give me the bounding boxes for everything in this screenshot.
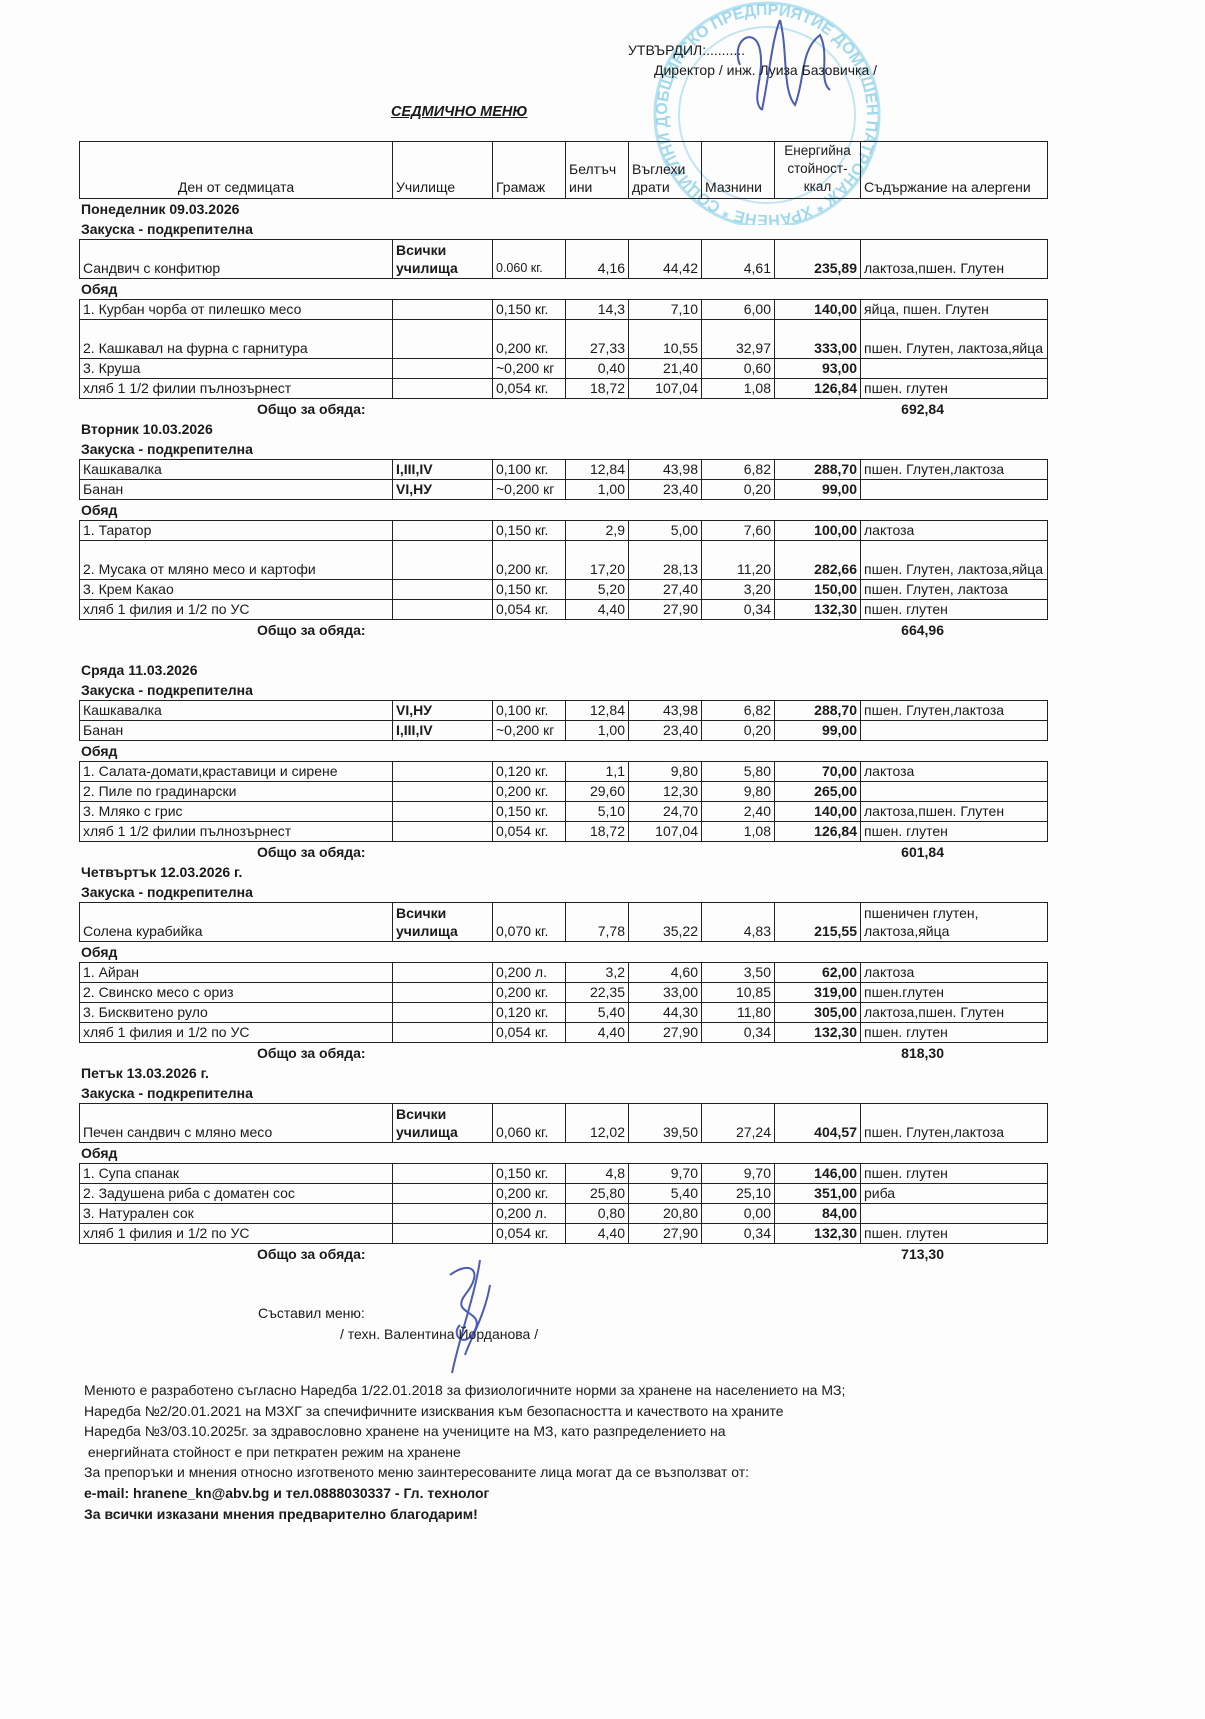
cell-carbs: 44,30: [629, 1003, 702, 1022]
cell-fat: 7,60: [702, 521, 775, 540]
cell-kcal: 404,57: [775, 1104, 861, 1142]
cell-carbs: 35,22: [629, 903, 702, 941]
cell-school: [393, 1224, 493, 1243]
cell-carbs: 44,42: [629, 240, 702, 278]
cell-fat: 0,34: [702, 1224, 775, 1243]
cell-weight: 0,100 кг.: [493, 460, 566, 479]
cell-protein: 1,1: [566, 762, 629, 781]
total-label: Общо за обяда:: [257, 1043, 366, 1063]
cell-name: хляб 1 1/2 филии пълнозърнест: [80, 822, 393, 841]
cell-allergens: пшен. глутен: [861, 822, 1049, 841]
cell-protein: 12,84: [566, 460, 629, 479]
approval-block: УТВЪРДИЛ:.......... Директор / инж. Луиз…: [628, 40, 877, 80]
day-heading: Четвъртък 12.03.2026 г.: [79, 862, 1048, 882]
cell-allergens: лактоза,пшен. Глутен: [861, 1003, 1049, 1022]
cell-name: хляб 1 1/2 филии пълнозърнест: [80, 379, 393, 398]
cell-allergens: лактоза: [861, 762, 1049, 781]
notes-block: Менюто е разработено съгласно Наредба 1/…: [84, 1380, 845, 1524]
cell-name: 2. Кашкавал на фурна с гарнитура: [80, 320, 393, 358]
cell-protein: 1,00: [566, 721, 629, 740]
spacer: [79, 640, 1048, 660]
cell-kcal: 93,00: [775, 359, 861, 378]
cell-allergens: пшен.глутен: [861, 983, 1049, 1002]
note-line: Наредба №3/03.10.2025г. за здравословно …: [84, 1421, 845, 1442]
menu-document: ОБЩИНСКО ПРЕДПРИЯТИЕ ДОМАШЕН ПАТРОНАЖ * …: [0, 0, 1205, 1719]
total-value: 818,30: [808, 1043, 944, 1063]
cell-allergens: пшен. глутен: [861, 600, 1049, 619]
cell-weight: 0,054 кг.: [493, 1023, 566, 1042]
cell-weight: 0,150 кг.: [493, 521, 566, 540]
cell-fat: 10,85: [702, 983, 775, 1002]
cell-carbs: 9,80: [629, 762, 702, 781]
cell-name: 1. Таратор: [80, 521, 393, 540]
cell-allergens: пшен. Глутен,лактоза: [861, 701, 1049, 720]
cell-protein: 17,20: [566, 541, 629, 579]
cell-weight: 0,200 кг.: [493, 782, 566, 801]
cell-protein: 4,8: [566, 1164, 629, 1183]
cell-school: [393, 320, 493, 358]
cell-fat: 0,20: [702, 721, 775, 740]
table-row: 2. Пиле по градинарски0,200 кг.29,6012,3…: [80, 782, 1047, 802]
cell-carbs: 23,40: [629, 721, 702, 740]
cell-name: Кашкавалка: [80, 701, 393, 720]
cell-carbs: 20,80: [629, 1204, 702, 1223]
cell-school: [393, 1003, 493, 1022]
cell-name: 1. Салата-домати,краставици и сирене: [80, 762, 393, 781]
cell-carbs: 27,90: [629, 600, 702, 619]
breakfast-heading: Закуска - подкрепителна: [79, 439, 1048, 459]
cell-fat: 32,97: [702, 320, 775, 358]
cell-carbs: 43,98: [629, 460, 702, 479]
cell-weight: 0,120 кг.: [493, 762, 566, 781]
cell-fat: 6,82: [702, 460, 775, 479]
cell-carbs: 4,60: [629, 963, 702, 982]
table-row: Сандвич с конфитюрВсички училища0.060 кг…: [80, 240, 1047, 278]
cell-allergens: лактоза: [861, 521, 1049, 540]
cell-weight: 0,150 кг.: [493, 1164, 566, 1183]
cell-carbs: 23,40: [629, 480, 702, 499]
cell-weight: ~0,200 кг: [493, 359, 566, 378]
lunch-heading: Обяд: [79, 741, 1048, 761]
cell-school: I,III,IV: [393, 460, 493, 479]
table-row: хляб 1 филия и 1/2 по УС0,054 кг.4,4027,…: [80, 1224, 1047, 1243]
cell-fat: 4,83: [702, 903, 775, 941]
cell-fat: 0,60: [702, 359, 775, 378]
cell-kcal: 126,84: [775, 379, 861, 398]
lunch-table: 1. Айран0,200 л.3,24,603,5062,00лактоза2…: [79, 962, 1048, 1043]
lunch-table: 1. Курбан чорба от пилешко месо0,150 кг.…: [79, 299, 1048, 399]
cell-kcal: 126,84: [775, 822, 861, 841]
breakfast-table: Печен сандвич с мляно месоВсички училища…: [79, 1103, 1048, 1143]
table-row: 3. Мляко с грис0,150 кг.5,1024,702,40140…: [80, 802, 1047, 822]
table-row: Солена курабийкаВсички училища0,070 кг.7…: [80, 903, 1047, 941]
cell-fat: 5,80: [702, 762, 775, 781]
cell-name: 3. Круша: [80, 359, 393, 378]
cell-school: Всички училища: [393, 903, 493, 941]
cell-weight: 0,054 кг.: [493, 379, 566, 398]
column-header: Въглехи драти: [629, 142, 702, 198]
cell-carbs: 9,70: [629, 1164, 702, 1183]
cell-fat: 6,00: [702, 300, 775, 319]
cell-protein: 4,16: [566, 240, 629, 278]
breakfast-table: КашкавалкаI,III,IV0,100 кг.12,8443,986,8…: [79, 459, 1048, 500]
table-row: 2. Кашкавал на фурна с гарнитура0,200 кг…: [80, 320, 1047, 359]
cell-protein: 14,3: [566, 300, 629, 319]
table-row: хляб 1 1/2 филии пълнозърнест0,054 кг.18…: [80, 822, 1047, 841]
cell-protein: 27,33: [566, 320, 629, 358]
weekly-menu: Ден от седмицата Училище Грамаж Белтъч и…: [79, 141, 1048, 1264]
total-value: 664,96: [808, 620, 944, 640]
cell-weight: 0,150 кг.: [493, 580, 566, 599]
cell-fat: 4,61: [702, 240, 775, 278]
cell-allergens: пшен. Глутен,лактоза: [861, 460, 1049, 479]
cell-carbs: 7,10: [629, 300, 702, 319]
day-heading: Понеделник 09.03.2026: [79, 199, 1048, 219]
cell-kcal: 265,00: [775, 782, 861, 801]
column-header: Белтъч ини: [566, 142, 629, 198]
cell-protein: 18,72: [566, 822, 629, 841]
cell-name: Солена курабийка: [80, 903, 393, 941]
cell-school: [393, 1204, 493, 1223]
cell-fat: 1,08: [702, 822, 775, 841]
note-line: За препоръки и мнения относно изготвенот…: [84, 1462, 845, 1483]
cell-school: VI,НУ: [393, 701, 493, 720]
total-label: Общо за обяда:: [257, 1244, 366, 1264]
cell-carbs: 5,40: [629, 1184, 702, 1203]
cell-kcal: 99,00: [775, 721, 861, 740]
contact-line: e-mail: hranene_kn@abv.bg и тел.08880303…: [84, 1483, 845, 1504]
cell-name: Печен сандвич с мляно месо: [80, 1104, 393, 1142]
cell-weight: 0.060 кг.: [493, 240, 566, 278]
cell-carbs: 10,55: [629, 320, 702, 358]
days-container: Понеделник 09.03.2026Закуска - подкрепит…: [79, 199, 1048, 1264]
lunch-table: 1. Супа спанак0,150 кг.4,89,709,70146,00…: [79, 1163, 1048, 1244]
cell-fat: 27,24: [702, 1104, 775, 1142]
cell-allergens: пшен. глутен: [861, 379, 1049, 398]
total-value: 692,84: [808, 399, 944, 419]
cell-carbs: 39,50: [629, 1104, 702, 1142]
cell-name: 2. Свинско месо с ориз: [80, 983, 393, 1002]
day-heading: Петък 13.03.2026 г.: [79, 1063, 1048, 1083]
cell-name: 2. Задушена риба с доматен сос: [80, 1184, 393, 1203]
cell-fat: 11,20: [702, 541, 775, 579]
cell-protein: 1,00: [566, 480, 629, 499]
cell-weight: 0,120 кг.: [493, 1003, 566, 1022]
lunch-total: Общо за обяда:601,84: [79, 842, 1048, 862]
composer-name: / техн. Валентина Йорданова /: [258, 1324, 538, 1345]
cell-allergens: пшен. Глутен, лактоза,яйца: [861, 541, 1049, 579]
cell-weight: 0,150 кг.: [493, 802, 566, 821]
cell-school: [393, 782, 493, 801]
lunch-heading: Обяд: [79, 1143, 1048, 1163]
cell-name: 3. Мляко с грис: [80, 802, 393, 821]
approved-label: УТВЪРДИЛ:..........: [628, 40, 877, 60]
table-row: 2. Свинско месо с ориз0,200 кг.22,3533,0…: [80, 983, 1047, 1003]
total-label: Общо за обяда:: [257, 399, 366, 419]
lunch-heading: Обяд: [79, 500, 1048, 520]
cell-school: [393, 802, 493, 821]
cell-protein: 12,02: [566, 1104, 629, 1142]
cell-kcal: 333,00: [775, 320, 861, 358]
cell-school: [393, 1184, 493, 1203]
cell-name: 1. Супа спанак: [80, 1164, 393, 1183]
director-name: Директор / инж. Луиза Базовичка /: [628, 60, 877, 80]
lunch-total: Общо за обяда:664,96: [79, 620, 1048, 640]
cell-school: [393, 822, 493, 841]
breakfast-heading: Закуска - подкрепителна: [79, 219, 1048, 239]
total-label: Общо за обяда:: [257, 620, 366, 640]
composed-block: Съставил меню: / техн. Валентина Йордано…: [258, 1303, 538, 1345]
total-label: Общо за обяда:: [257, 842, 366, 862]
cell-fat: 3,50: [702, 963, 775, 982]
table-row: 2. Задушена риба с доматен сос0,200 кг.2…: [80, 1184, 1047, 1204]
cell-school: VI,НУ: [393, 480, 493, 499]
lunch-heading: Обяд: [79, 279, 1048, 299]
table-row: 3. Бисквитено руло0,120 кг.5,4044,3011,8…: [80, 1003, 1047, 1023]
cell-school: [393, 1164, 493, 1183]
cell-protein: 5,20: [566, 580, 629, 599]
table-row: 1. Курбан чорба от пилешко месо0,150 кг.…: [80, 300, 1047, 320]
thanks-line: За всички изказани мнения предварително …: [84, 1504, 845, 1525]
cell-carbs: 5,00: [629, 521, 702, 540]
cell-name: хляб 1 филия и 1/2 по УС: [80, 600, 393, 619]
cell-name: Кашкавалка: [80, 460, 393, 479]
total-value: 713,30: [808, 1244, 944, 1264]
column-header: Грамаж: [493, 142, 566, 198]
cell-protein: 7,78: [566, 903, 629, 941]
day-heading: Сряда 11.03.2026: [79, 660, 1048, 680]
cell-kcal: 132,30: [775, 1023, 861, 1042]
cell-name: 3. Бисквитено руло: [80, 1003, 393, 1022]
table-row: 3. Натурален сок0,200 л.0,8020,800,0084,…: [80, 1204, 1047, 1224]
cell-allergens: лактоза,пшен. Глутен: [861, 240, 1049, 278]
breakfast-heading: Закуска - подкрепителна: [79, 882, 1048, 902]
cell-weight: ~0,200 кг: [493, 721, 566, 740]
cell-school: Всички училища: [393, 1104, 493, 1142]
column-header: Училище: [393, 142, 493, 198]
table-row: 3. Круша~0,200 кг0,4021,400,6093,00: [80, 359, 1047, 379]
cell-kcal: 132,30: [775, 600, 861, 619]
lunch-total: Общо за обяда:818,30: [79, 1043, 1048, 1063]
table-header: Ден от седмицата Училище Грамаж Белтъч и…: [79, 141, 1048, 199]
page-title: СЕДМИЧНО МЕНЮ: [391, 104, 528, 120]
table-row: 1. Супа спанак0,150 кг.4,89,709,70146,00…: [80, 1164, 1047, 1184]
cell-protein: 4,40: [566, 1023, 629, 1042]
cell-school: Всички училища: [393, 240, 493, 278]
cell-school: [393, 300, 493, 319]
cell-kcal: 146,00: [775, 1164, 861, 1183]
cell-kcal: 319,00: [775, 983, 861, 1002]
cell-allergens: пшен. глутен: [861, 1224, 1049, 1243]
breakfast-table: Сандвич с конфитюрВсички училища0.060 кг…: [79, 239, 1048, 279]
cell-school: [393, 541, 493, 579]
breakfast-table: КашкавалкаVI,НУ0,100 кг.12,8443,986,8228…: [79, 700, 1048, 741]
note-line: Наредба №2/20.01.2021 на МЗХГ за спечифи…: [84, 1401, 845, 1422]
table-row: хляб 1 филия и 1/2 по УС0,054 кг.4,4027,…: [80, 1023, 1047, 1042]
cell-fat: 0,20: [702, 480, 775, 499]
cell-school: [393, 762, 493, 781]
cell-weight: 0,070 кг.: [493, 903, 566, 941]
cell-protein: 4,40: [566, 1224, 629, 1243]
cell-kcal: 288,70: [775, 460, 861, 479]
cell-allergens: [861, 359, 1049, 378]
total-value: 601,84: [808, 842, 944, 862]
cell-allergens: [861, 721, 1049, 740]
cell-carbs: 21,40: [629, 359, 702, 378]
cell-allergens: риба: [861, 1184, 1049, 1203]
cell-allergens: лактоза: [861, 963, 1049, 982]
cell-weight: ~0,200 кг: [493, 480, 566, 499]
cell-fat: 1,08: [702, 379, 775, 398]
cell-protein: 0,40: [566, 359, 629, 378]
cell-school: [393, 521, 493, 540]
cell-allergens: пшен. Глутен, лактоза: [861, 580, 1049, 599]
cell-school: [393, 379, 493, 398]
breakfast-table: Солена курабийкаВсички училища0,070 кг.7…: [79, 902, 1048, 942]
cell-protein: 18,72: [566, 379, 629, 398]
cell-fat: 0,34: [702, 1023, 775, 1042]
cell-protein: 4,40: [566, 600, 629, 619]
cell-school: [393, 983, 493, 1002]
table-row: 3. Крем Какао0,150 кг.5,2027,403,20150,0…: [80, 580, 1047, 600]
cell-allergens: лактоза,пшен. Глутен: [861, 802, 1049, 821]
cell-allergens: пшен. глутен: [861, 1023, 1049, 1042]
cell-kcal: 215,55: [775, 903, 861, 941]
cell-protein: 5,10: [566, 802, 629, 821]
cell-carbs: 33,00: [629, 983, 702, 1002]
cell-carbs: 27,40: [629, 580, 702, 599]
cell-name: 3. Натурален сок: [80, 1204, 393, 1223]
cell-weight: 0,200 кг.: [493, 983, 566, 1002]
column-header: Енергийна стойност- ккал: [775, 142, 861, 198]
cell-protein: 22,35: [566, 983, 629, 1002]
cell-protein: 2,9: [566, 521, 629, 540]
cell-kcal: 282,66: [775, 541, 861, 579]
lunch-total: Общо за обяда:713,30: [79, 1244, 1048, 1264]
cell-allergens: пшен. Глутен,лактоза: [861, 1104, 1049, 1142]
table-row: БананVI,НУ~0,200 кг1,0023,400,2099,00: [80, 480, 1047, 499]
cell-weight: 0,054 кг.: [493, 1224, 566, 1243]
cell-name: хляб 1 филия и 1/2 по УС: [80, 1224, 393, 1243]
cell-carbs: 43,98: [629, 701, 702, 720]
cell-fat: 2,40: [702, 802, 775, 821]
cell-school: [393, 600, 493, 619]
table-row: БананI,III,IV~0,200 кг1,0023,400,2099,00: [80, 721, 1047, 740]
cell-name: 3. Крем Какао: [80, 580, 393, 599]
breakfast-heading: Закуска - подкрепителна: [79, 680, 1048, 700]
cell-protein: 3,2: [566, 963, 629, 982]
cell-school: [393, 359, 493, 378]
cell-weight: 0,060 кг.: [493, 1104, 566, 1142]
cell-school: I,III,IV: [393, 721, 493, 740]
table-row: 2. Мусака от мляно месо и картофи0,200 к…: [80, 541, 1047, 580]
cell-weight: 0,200 кг.: [493, 541, 566, 579]
cell-kcal: 351,00: [775, 1184, 861, 1203]
cell-carbs: 28,13: [629, 541, 702, 579]
cell-carbs: 107,04: [629, 822, 702, 841]
lunch-total: Общо за обяда:692,84: [79, 399, 1048, 419]
table-row: 1. Салата-домати,краставици и сирене0,12…: [80, 762, 1047, 782]
cell-allergens: [861, 480, 1049, 499]
cell-kcal: 288,70: [775, 701, 861, 720]
cell-fat: 3,20: [702, 580, 775, 599]
cell-weight: 0,054 кг.: [493, 822, 566, 841]
cell-fat: 11,80: [702, 1003, 775, 1022]
cell-name: 2. Пиле по градинарски: [80, 782, 393, 801]
column-header: Мазнини: [702, 142, 775, 198]
cell-carbs: 27,90: [629, 1023, 702, 1042]
cell-carbs: 12,30: [629, 782, 702, 801]
cell-kcal: 305,00: [775, 1003, 861, 1022]
cell-carbs: 27,90: [629, 1224, 702, 1243]
cell-name: Банан: [80, 480, 393, 499]
cell-allergens: пшен. Глутен, лактоза,яйца: [861, 320, 1049, 358]
cell-fat: 0,00: [702, 1204, 775, 1223]
table-row: Печен сандвич с мляно месоВсички училища…: [80, 1104, 1047, 1142]
cell-kcal: 99,00: [775, 480, 861, 499]
cell-fat: 0,34: [702, 600, 775, 619]
cell-school: [393, 1023, 493, 1042]
cell-kcal: 100,00: [775, 521, 861, 540]
cell-fat: 25,10: [702, 1184, 775, 1203]
cell-protein: 29,60: [566, 782, 629, 801]
cell-kcal: 140,00: [775, 802, 861, 821]
day-heading: Вторник 10.03.2026: [79, 419, 1048, 439]
cell-kcal: 84,00: [775, 1204, 861, 1223]
cell-weight: 0,100 кг.: [493, 701, 566, 720]
column-header: Съдържание на алергени: [861, 142, 1049, 198]
column-header: Ден от седмицата: [80, 142, 393, 198]
cell-weight: 0,150 кг.: [493, 300, 566, 319]
cell-kcal: 62,00: [775, 963, 861, 982]
cell-protein: 0,80: [566, 1204, 629, 1223]
cell-name: Банан: [80, 721, 393, 740]
cell-allergens: [861, 782, 1049, 801]
cell-carbs: 107,04: [629, 379, 702, 398]
cell-weight: 0,200 кг.: [493, 320, 566, 358]
cell-weight: 0,200 кг.: [493, 1184, 566, 1203]
cell-kcal: 140,00: [775, 300, 861, 319]
composed-label: Съставил меню:: [258, 1303, 538, 1324]
cell-name: 1. Курбан чорба от пилешко месо: [80, 300, 393, 319]
table-row: хляб 1 филия и 1/2 по УС0,054 кг.4,4027,…: [80, 600, 1047, 619]
cell-protein: 12,84: [566, 701, 629, 720]
cell-allergens: пшеничен глутен, лактоза,яйца: [861, 903, 1049, 941]
cell-name: 2. Мусака от мляно месо и картофи: [80, 541, 393, 579]
cell-name: Сандвич с конфитюр: [80, 240, 393, 278]
cell-kcal: 150,00: [775, 580, 861, 599]
cell-name: 1. Айран: [80, 963, 393, 982]
cell-fat: 6,82: [702, 701, 775, 720]
cell-carbs: 24,70: [629, 802, 702, 821]
cell-kcal: 235,89: [775, 240, 861, 278]
lunch-heading: Обяд: [79, 942, 1048, 962]
cell-allergens: яйца, пшен. Глутен: [861, 300, 1049, 319]
cell-weight: 0,054 кг.: [493, 600, 566, 619]
cell-fat: 9,70: [702, 1164, 775, 1183]
cell-allergens: [861, 1204, 1049, 1223]
cell-weight: 0,200 л.: [493, 963, 566, 982]
cell-protein: 5,40: [566, 1003, 629, 1022]
table-row: КашкавалкаI,III,IV0,100 кг.12,8443,986,8…: [80, 460, 1047, 480]
cell-weight: 0,200 л.: [493, 1204, 566, 1223]
lunch-table: 1. Салата-домати,краставици и сирене0,12…: [79, 761, 1048, 842]
note-line: Менюто е разработено съгласно Наредба 1/…: [84, 1380, 845, 1401]
note-line: енергийната стойност е при петкратен реж…: [84, 1442, 845, 1463]
breakfast-heading: Закуска - подкрепителна: [79, 1083, 1048, 1103]
cell-kcal: 132,30: [775, 1224, 861, 1243]
cell-kcal: 70,00: [775, 762, 861, 781]
